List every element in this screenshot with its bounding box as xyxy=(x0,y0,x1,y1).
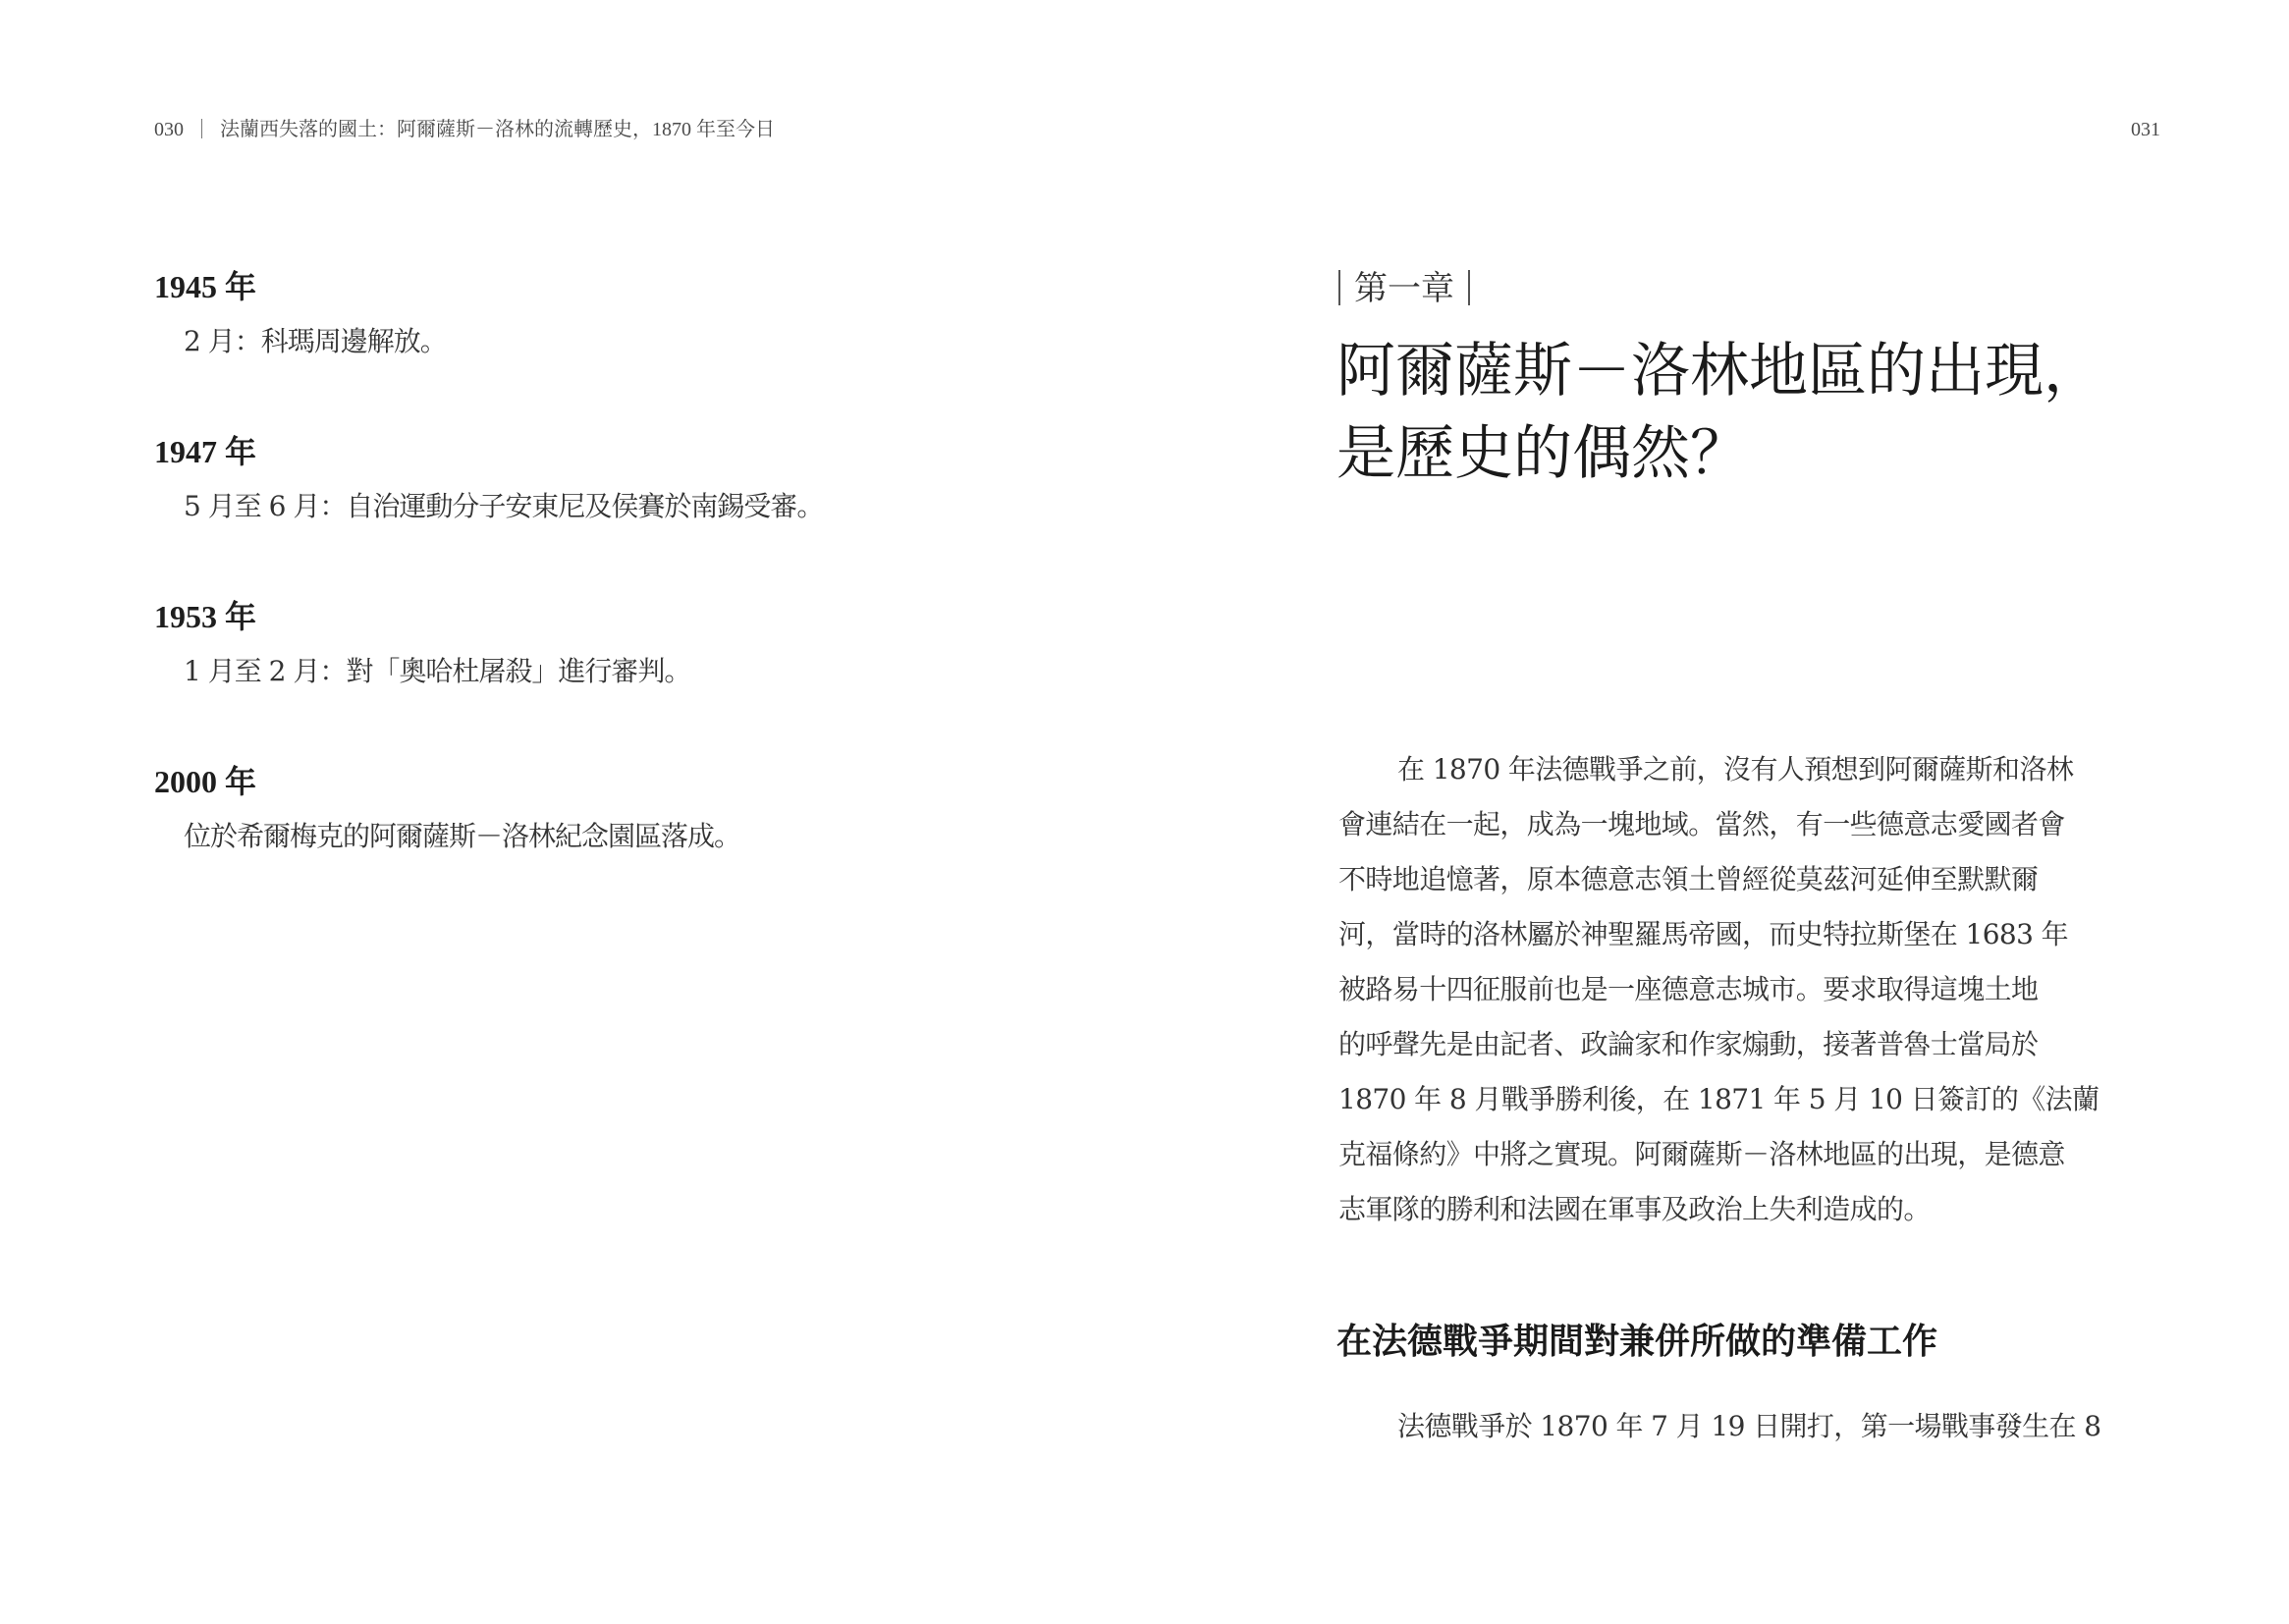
running-header-right: 031 xyxy=(2131,116,2160,143)
paragraph-line: 1870 年 8 月戰爭勝利後，在 1871 年 5 月 10 日簽訂的《法蘭 xyxy=(1338,1072,2136,1127)
chronology-entry: 1953 年 1 月至 2 月：對「奧哈杜屠殺」進行審判。 xyxy=(154,595,1038,760)
book-spread: 030法蘭西失落的國土：阿爾薩斯－洛林的流轉歷史，1870 年至今日 1945 … xyxy=(0,0,2289,1624)
chronology-year: 2000 年 xyxy=(154,760,1038,803)
chapter-label-bar-left xyxy=(1338,270,1340,305)
chapter-label-text: 第一章 xyxy=(1354,269,1454,308)
paragraph-line: 志軍隊的勝利和法國在軍事及政治上失利造成的。 xyxy=(1338,1182,2136,1237)
page-number-right: 031 xyxy=(2131,119,2160,140)
chronology-event: 位於希爾梅克的阿爾薩斯－洛林紀念園區落成。 xyxy=(184,817,1038,856)
chronology-entry: 1945 年 2 月：科瑪周邊解放。 xyxy=(154,265,1038,430)
chapter-label-bar-right xyxy=(1468,270,1470,305)
left-page: 030法蘭西失落的國土：阿爾薩斯－洛林的流轉歷史，1870 年至今日 1945 … xyxy=(0,0,1144,1624)
paragraph-line: 法德戰爭於 1870 年 7 月 19 日開打，第一場戰事發生在 8 xyxy=(1338,1399,2136,1454)
chronology-event: 1 月至 2 月：對「奧哈杜屠殺」進行審判。 xyxy=(184,652,1038,691)
running-title: 法蘭西失落的國土：阿爾薩斯－洛林的流轉歷史，1870 年至今日 xyxy=(220,119,775,140)
paragraph-line: 河，當時的洛林屬於神聖羅馬帝國，而史特拉斯堡在 1683 年 xyxy=(1338,907,2136,962)
paragraph-line: 克福條約》中將之實現。阿爾薩斯－洛林地區的出現，是德意 xyxy=(1338,1127,2136,1182)
paragraph-line: 在 1870 年法德戰爭之前，沒有人預想到阿爾薩斯和洛林 xyxy=(1338,742,2136,797)
chronology-list: 1945 年 2 月：科瑪周邊解放。 1947 年 5 月至 6 月：自治運動分… xyxy=(154,265,1038,925)
chronology-year: 1945 年 xyxy=(154,265,1038,308)
chronology-event: 2 月：科瑪周邊解放。 xyxy=(184,322,1038,361)
chapter-title-line-1: 阿爾薩斯－洛林地區的出現， xyxy=(1336,330,2142,412)
paragraph-line: 不時地追憶著，原本德意志領土曾經從莫茲河延伸至默默爾 xyxy=(1338,852,2136,907)
section-heading: 在法德戰爭期間對兼併所做的準備工作 xyxy=(1336,1316,1937,1367)
chapter-title: 阿爾薩斯－洛林地區的出現， 是歷史的偶然？ xyxy=(1336,330,2142,495)
section-paragraph: 法德戰爭於 1870 年 7 月 19 日開打，第一場戰事發生在 8 xyxy=(1338,1399,2136,1454)
right-page: 031 第一章 阿爾薩斯－洛林地區的出現， 是歷史的偶然？ 在 1870 年法德… xyxy=(1144,0,2289,1624)
page-number-left: 030 xyxy=(154,119,184,140)
running-header-left: 030法蘭西失落的國土：阿爾薩斯－洛林的流轉歷史，1870 年至今日 xyxy=(154,116,775,143)
paragraph-line: 的呼聲先是由記者、政論家和作家煽動，接著普魯士當局於 xyxy=(1338,1017,2136,1072)
chronology-entry: 1947 年 5 月至 6 月：自治運動分子安東尼及侯賽於南錫受審。 xyxy=(154,430,1038,595)
header-separator xyxy=(201,119,202,138)
chronology-entry: 2000 年 位於希爾梅克的阿爾薩斯－洛林紀念園區落成。 xyxy=(154,760,1038,925)
chapter-title-line-2: 是歷史的偶然？ xyxy=(1336,412,2142,495)
chronology-year: 1953 年 xyxy=(154,595,1038,638)
chronology-year: 1947 年 xyxy=(154,430,1038,473)
intro-paragraph: 在 1870 年法德戰爭之前，沒有人預想到阿爾薩斯和洛林 會連結在一起，成為一塊… xyxy=(1338,742,2136,1237)
paragraph-line: 會連結在一起，成為一塊地域。當然，有一些德意志愛國者會 xyxy=(1338,797,2136,852)
chronology-event: 5 月至 6 月：自治運動分子安東尼及侯賽於南錫受審。 xyxy=(184,487,1038,526)
paragraph-line: 被路易十四征服前也是一座德意志城市。要求取得這塊土地 xyxy=(1338,962,2136,1017)
chapter-label: 第一章 xyxy=(1338,265,1470,312)
